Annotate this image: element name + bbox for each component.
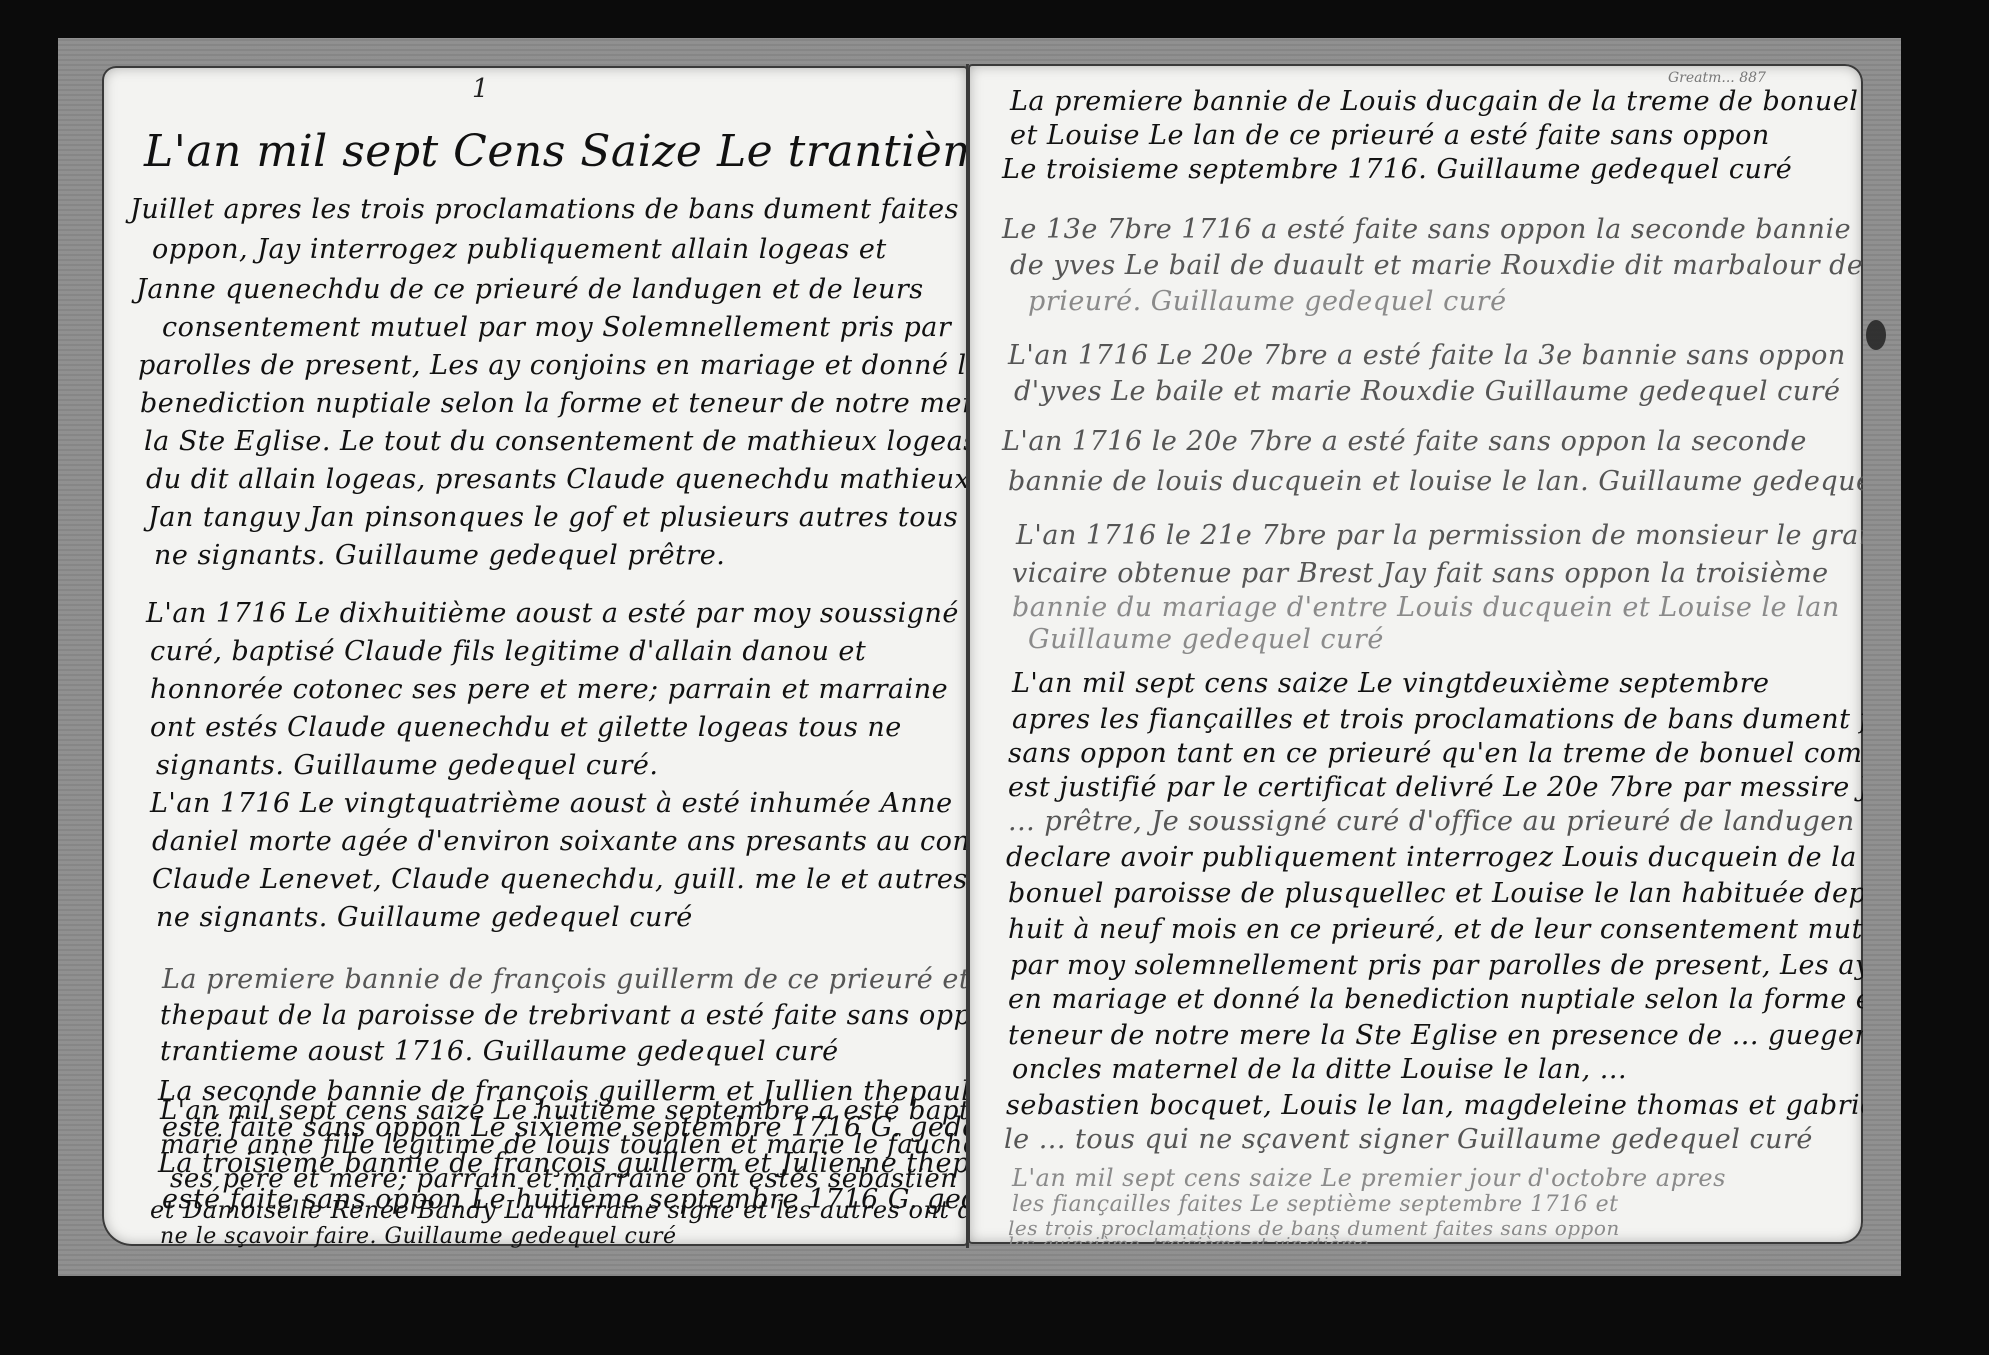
text-line: L'an 1716 Le 20e 7bre a esté faite la 3e… — [1008, 340, 1846, 371]
text-line: daniel morte agée d'environ soixante ans… — [152, 826, 968, 857]
text-line: La premiere bannie de françois guillerm … — [162, 964, 968, 995]
ink-stain — [1866, 320, 1886, 350]
text-line: oncles maternel de la ditte Louise le la… — [1012, 1054, 1627, 1085]
text-line: ne le sçavoir faire. Guillaume gedequel … — [160, 1224, 677, 1249]
text-line: Guillaume gedequel curé — [1028, 624, 1384, 655]
text-line: parolles de present, Les ay conjoins en … — [138, 350, 968, 381]
text-line: L'an 1716 Le vingtquatrième aoust à esté… — [150, 788, 953, 819]
text-line: trantieme aoust 1716. Guillaume gedequel… — [160, 1036, 839, 1067]
text-line: de yves Le bail de duault et marie Rouxd… — [1010, 250, 1863, 281]
text-line: L'an mil sept cens saize Le vingtdeuxièm… — [1012, 668, 1770, 699]
text-line: les quinzième, troisième et vingtième ..… — [1008, 1234, 1394, 1244]
text-line: bannie de louis ducquein et louise le la… — [1008, 466, 1863, 497]
text-line: et Damoiselle Renée Bandy La marraine si… — [150, 1196, 1052, 1224]
text-line: La premiere bannie de Louis ducgain de l… — [1010, 86, 1858, 117]
text-line: thepaut de la paroisse de trebrivant a e… — [160, 1000, 968, 1031]
text-line: prieuré. Guillaume gedequel curé — [1028, 286, 1507, 317]
text-line: marie anne fille legitime de louis toual… — [160, 1130, 992, 1160]
page-marker: 1 — [472, 74, 489, 104]
text-line: d'yves Le baile et marie Rouxdie Guillau… — [1014, 376, 1841, 407]
text-line: ne signants. Guillaume gedequel prêtre. — [154, 540, 725, 571]
corner-annotation: Greatm... 887 — [1668, 70, 1766, 86]
text-line: bonuel paroisse de plusquellec et Louise… — [1008, 878, 1863, 909]
text-line: et Louise Le lan de ce prieuré a esté fa… — [1010, 120, 1770, 151]
text-line: L'an 1716 le 20e 7bre a esté faite sans … — [1002, 426, 1807, 457]
right-page: Greatm... 887 La premiere bannie de Loui… — [968, 64, 1863, 1244]
text-line: L'an mil sept Cens Saize Le trantième — [144, 126, 968, 177]
text-line: declare avoir publiquement interrogez Lo… — [1006, 842, 1863, 873]
text-line: honnorée cotonec ses pere et mere; parra… — [150, 674, 948, 705]
left-page: 1 L'an mil sept Cens Saize Le trantième … — [102, 66, 968, 1246]
text-line: L'an mil sept cens saize Le premier jour… — [1012, 1164, 1726, 1192]
text-line: benediction nuptiale selon la forme et t… — [140, 388, 968, 419]
text-line: est justifié par le certificat delivré L… — [1008, 772, 1863, 803]
text-line: L'an 1716 Le dixhuitième aoust a esté pa… — [146, 598, 959, 629]
text-line: L'an 1716 le 21e 7bre par la permission … — [1016, 520, 1863, 551]
text-line: Janne quenechdu de ce prieuré de landuge… — [136, 274, 924, 305]
text-line: Le troisieme septembre 1716. Guillaume g… — [1002, 154, 1792, 185]
text-line: consentement mutuel par moy Solemnelleme… — [162, 312, 951, 343]
text-line: sans oppon tant en ce prieuré qu'en la t… — [1008, 738, 1863, 769]
text-line: le ... tous qui ne sçavent signer Guilla… — [1004, 1124, 1813, 1155]
text-line: ... prêtre, Je soussigné curé d'office a… — [1008, 806, 1855, 837]
text-line: du dit allain logeas, presants Claude qu… — [146, 464, 968, 495]
text-line: L'an mil sept cens saize Le huitième sep… — [160, 1096, 1009, 1126]
text-line: Jan tanguy Jan pinsonques le gof et plus… — [148, 502, 958, 533]
text-line: les fiançailles faites Le septième septe… — [1012, 1192, 1618, 1217]
text-line: huit à neuf mois en ce prieuré, et de le… — [1008, 914, 1863, 945]
text-line: vicaire obtenue par Brest Jay fait sans … — [1012, 558, 1829, 589]
text-line: par moy solemnellement pris par parolles… — [1010, 950, 1863, 981]
text-line: oppon, Jay interrogez publiquement allai… — [152, 234, 887, 265]
text-line: sebastien bocquet, Louis le lan, magdele… — [1006, 1090, 1863, 1121]
text-line: signants. Guillaume gedequel curé. — [156, 750, 658, 781]
text-line: ne signants. Guillaume gedequel curé — [156, 902, 693, 933]
text-line: en mariage et donné la benediction nupti… — [1008, 984, 1863, 1015]
text-line: Claude Lenevet, Claude quenechdu, guill.… — [152, 864, 968, 895]
text-line: teneur de notre mere la Ste Eglise en pr… — [1008, 1020, 1863, 1051]
text-line: Juillet apres les trois proclamations de… — [130, 194, 968, 225]
text-line: bannie du mariage d'entre Louis ducquein… — [1012, 592, 1840, 623]
text-line: ont estés Claude quenechdu et gilette lo… — [150, 712, 902, 743]
text-line: la Ste Eglise. Le tout du consentement d… — [144, 426, 968, 457]
text-line: Le 13e 7bre 1716 a esté faite sans oppon… — [1002, 214, 1851, 245]
text-line: apres les fiançailles et trois proclamat… — [1012, 704, 1863, 735]
text-line: curé, baptisé Claude fils legitime d'all… — [150, 636, 866, 667]
text-line: ses pere et mere; parrain et marraine on… — [170, 1164, 1076, 1194]
